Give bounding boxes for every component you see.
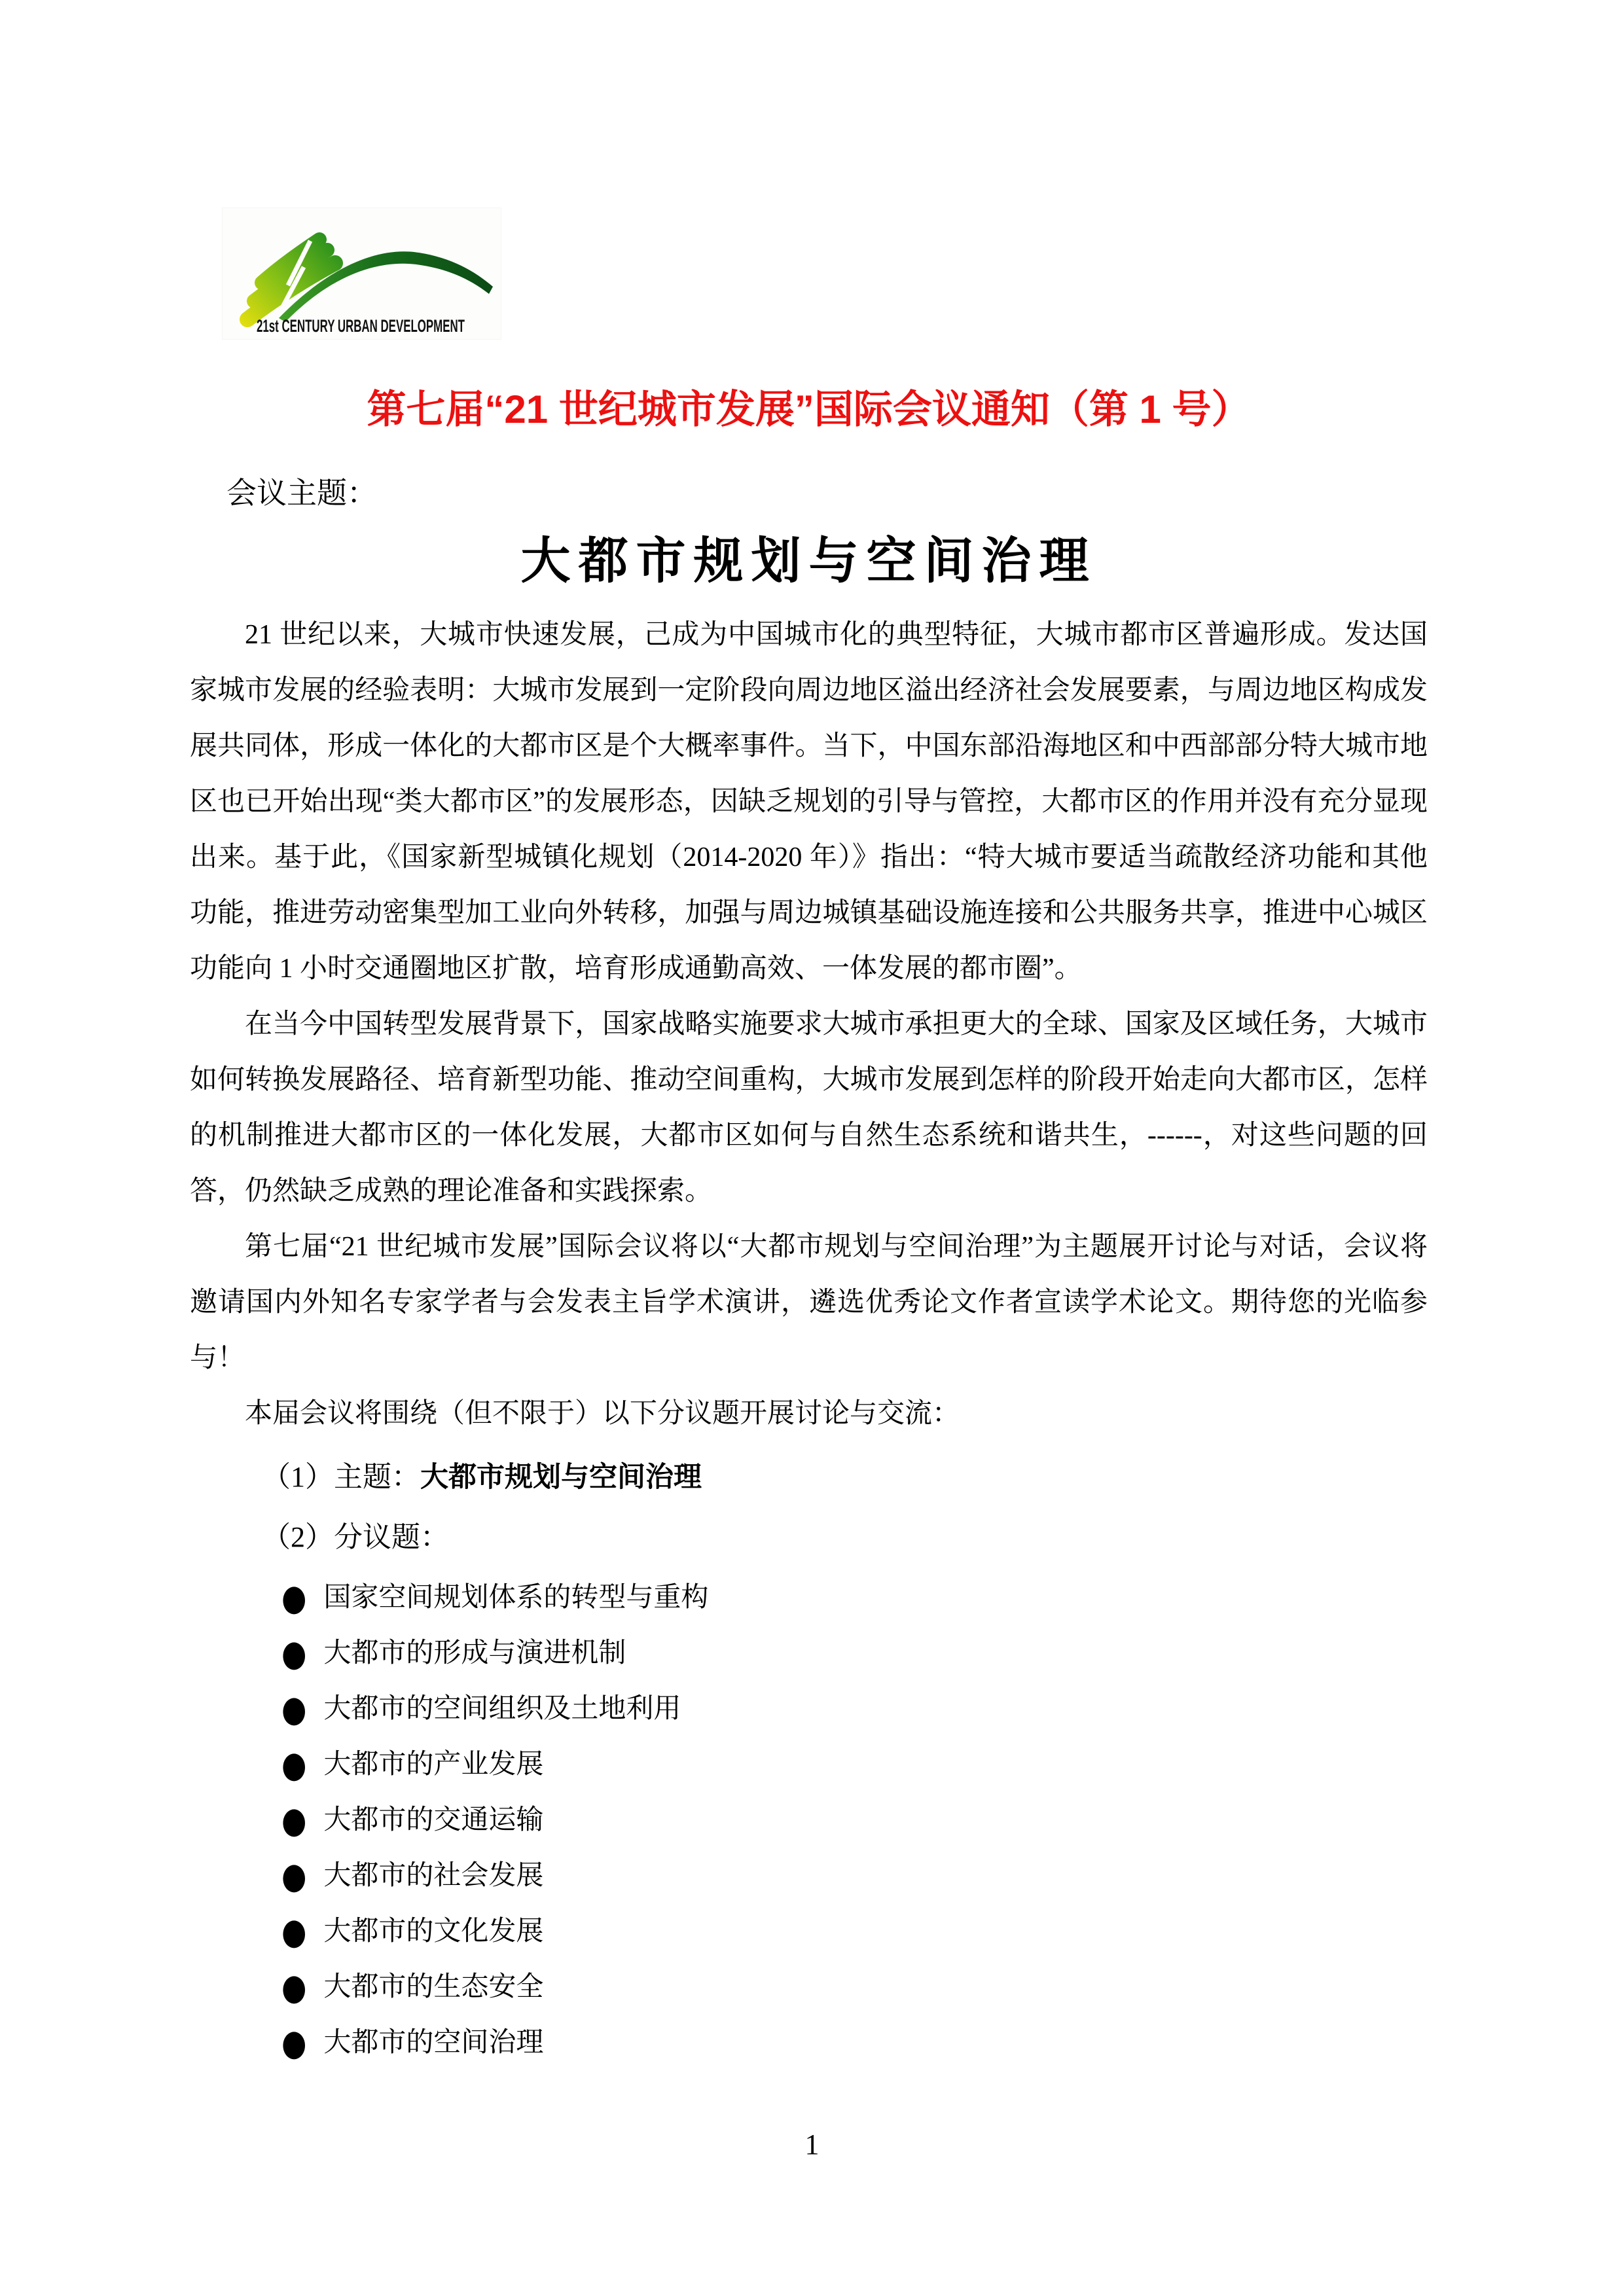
bullet-text: 国家空间规划体系的转型与重构	[323, 1583, 708, 1613]
numbered-item-theme: （1）主题：大都市规划与空间治理	[262, 1447, 1428, 1507]
bullet-text: 大都市的产业发展	[323, 1749, 543, 1780]
item-2-prefix: （2）分议题：	[262, 1521, 449, 1553]
conference-logo: 21st CENTURY URBAN DEVELOPMENT	[223, 208, 501, 339]
numbered-items: （1）主题：大都市规划与空间治理 （2）分议题：	[262, 1447, 1428, 1568]
document-page: 21st CENTURY URBAN DEVELOPMENT 第七届“21 世纪…	[0, 0, 1624, 2296]
numbered-item-subtopics: （2）分议题：	[262, 1507, 1428, 1568]
bullet-text: 大都市的空间组织及土地利用	[323, 1694, 681, 1724]
body-text: 21 世纪以来，大城市快速发展，己成为中国城市化的典型特征，大城市都市区普遍形成…	[190, 607, 1428, 1442]
list-item: ●大都市的文化发展	[281, 1904, 1428, 1960]
list-item: ●大都市的生态安全	[281, 1960, 1428, 2015]
logo-caption: 21st CENTURY URBAN DEVELOPMENT	[257, 316, 465, 336]
logo-graphic: 21st CENTURY URBAN DEVELOPMENT	[223, 208, 501, 339]
bullet-text: 大都市的交通运输	[323, 1805, 543, 1835]
bullet-text: 大都市的空间治理	[323, 2028, 543, 2058]
paragraph-4: 本届会议将围绕（但不限于）以下分议题开展讨论与交流：	[190, 1386, 1428, 1442]
notice-title: 第七届“21 世纪城市发展”国际会议通知（第 1 号）	[190, 387, 1428, 432]
page-number: 1	[0, 2128, 1624, 2161]
theme-title: 大都市规划与空间治理	[190, 530, 1428, 593]
list-item: ●国家空间规划体系的转型与重构	[281, 1570, 1428, 1626]
paragraph-2: 在当今中国转型发展背景下，国家战略实施要求大城市承担更大的全球、国家及区域任务，…	[190, 997, 1428, 1219]
list-item: ●大都市的产业发展	[281, 1737, 1428, 1793]
list-item: ●大都市的空间治理	[281, 2015, 1428, 2071]
list-item: ●大都市的空间组织及土地利用	[281, 1681, 1428, 1737]
list-item: ●大都市的交通运输	[281, 1793, 1428, 1848]
list-item: ●大都市的形成与演进机制	[281, 1626, 1428, 1681]
paragraph-1: 21 世纪以来，大城市快速发展，己成为中国城市化的典型特征，大城市都市区普遍形成…	[190, 607, 1428, 997]
item-1-emphasis: 大都市规划与空间治理	[420, 1462, 702, 1493]
bullet-text: 大都市的生态安全	[323, 1972, 543, 2002]
subtopic-bullet-list: ●国家空间规划体系的转型与重构 ●大都市的形成与演进机制 ●大都市的空间组织及土…	[281, 1570, 1428, 2071]
paragraph-3: 第七届“21 世纪城市发展”国际会议将以“大都市规划与空间治理”为主题展开讨论与…	[190, 1219, 1428, 1386]
bullet-text: 大都市的社会发展	[323, 1861, 543, 1891]
theme-label: 会议主题：	[226, 475, 1428, 512]
bullet-text: 大都市的文化发展	[323, 1916, 543, 1946]
bullet-text: 大都市的形成与演进机制	[323, 1638, 626, 1668]
bullet-icon: ●	[281, 2009, 306, 2078]
list-item: ●大都市的社会发展	[281, 1848, 1428, 1904]
item-1-prefix: （1）主题：	[262, 1461, 420, 1493]
